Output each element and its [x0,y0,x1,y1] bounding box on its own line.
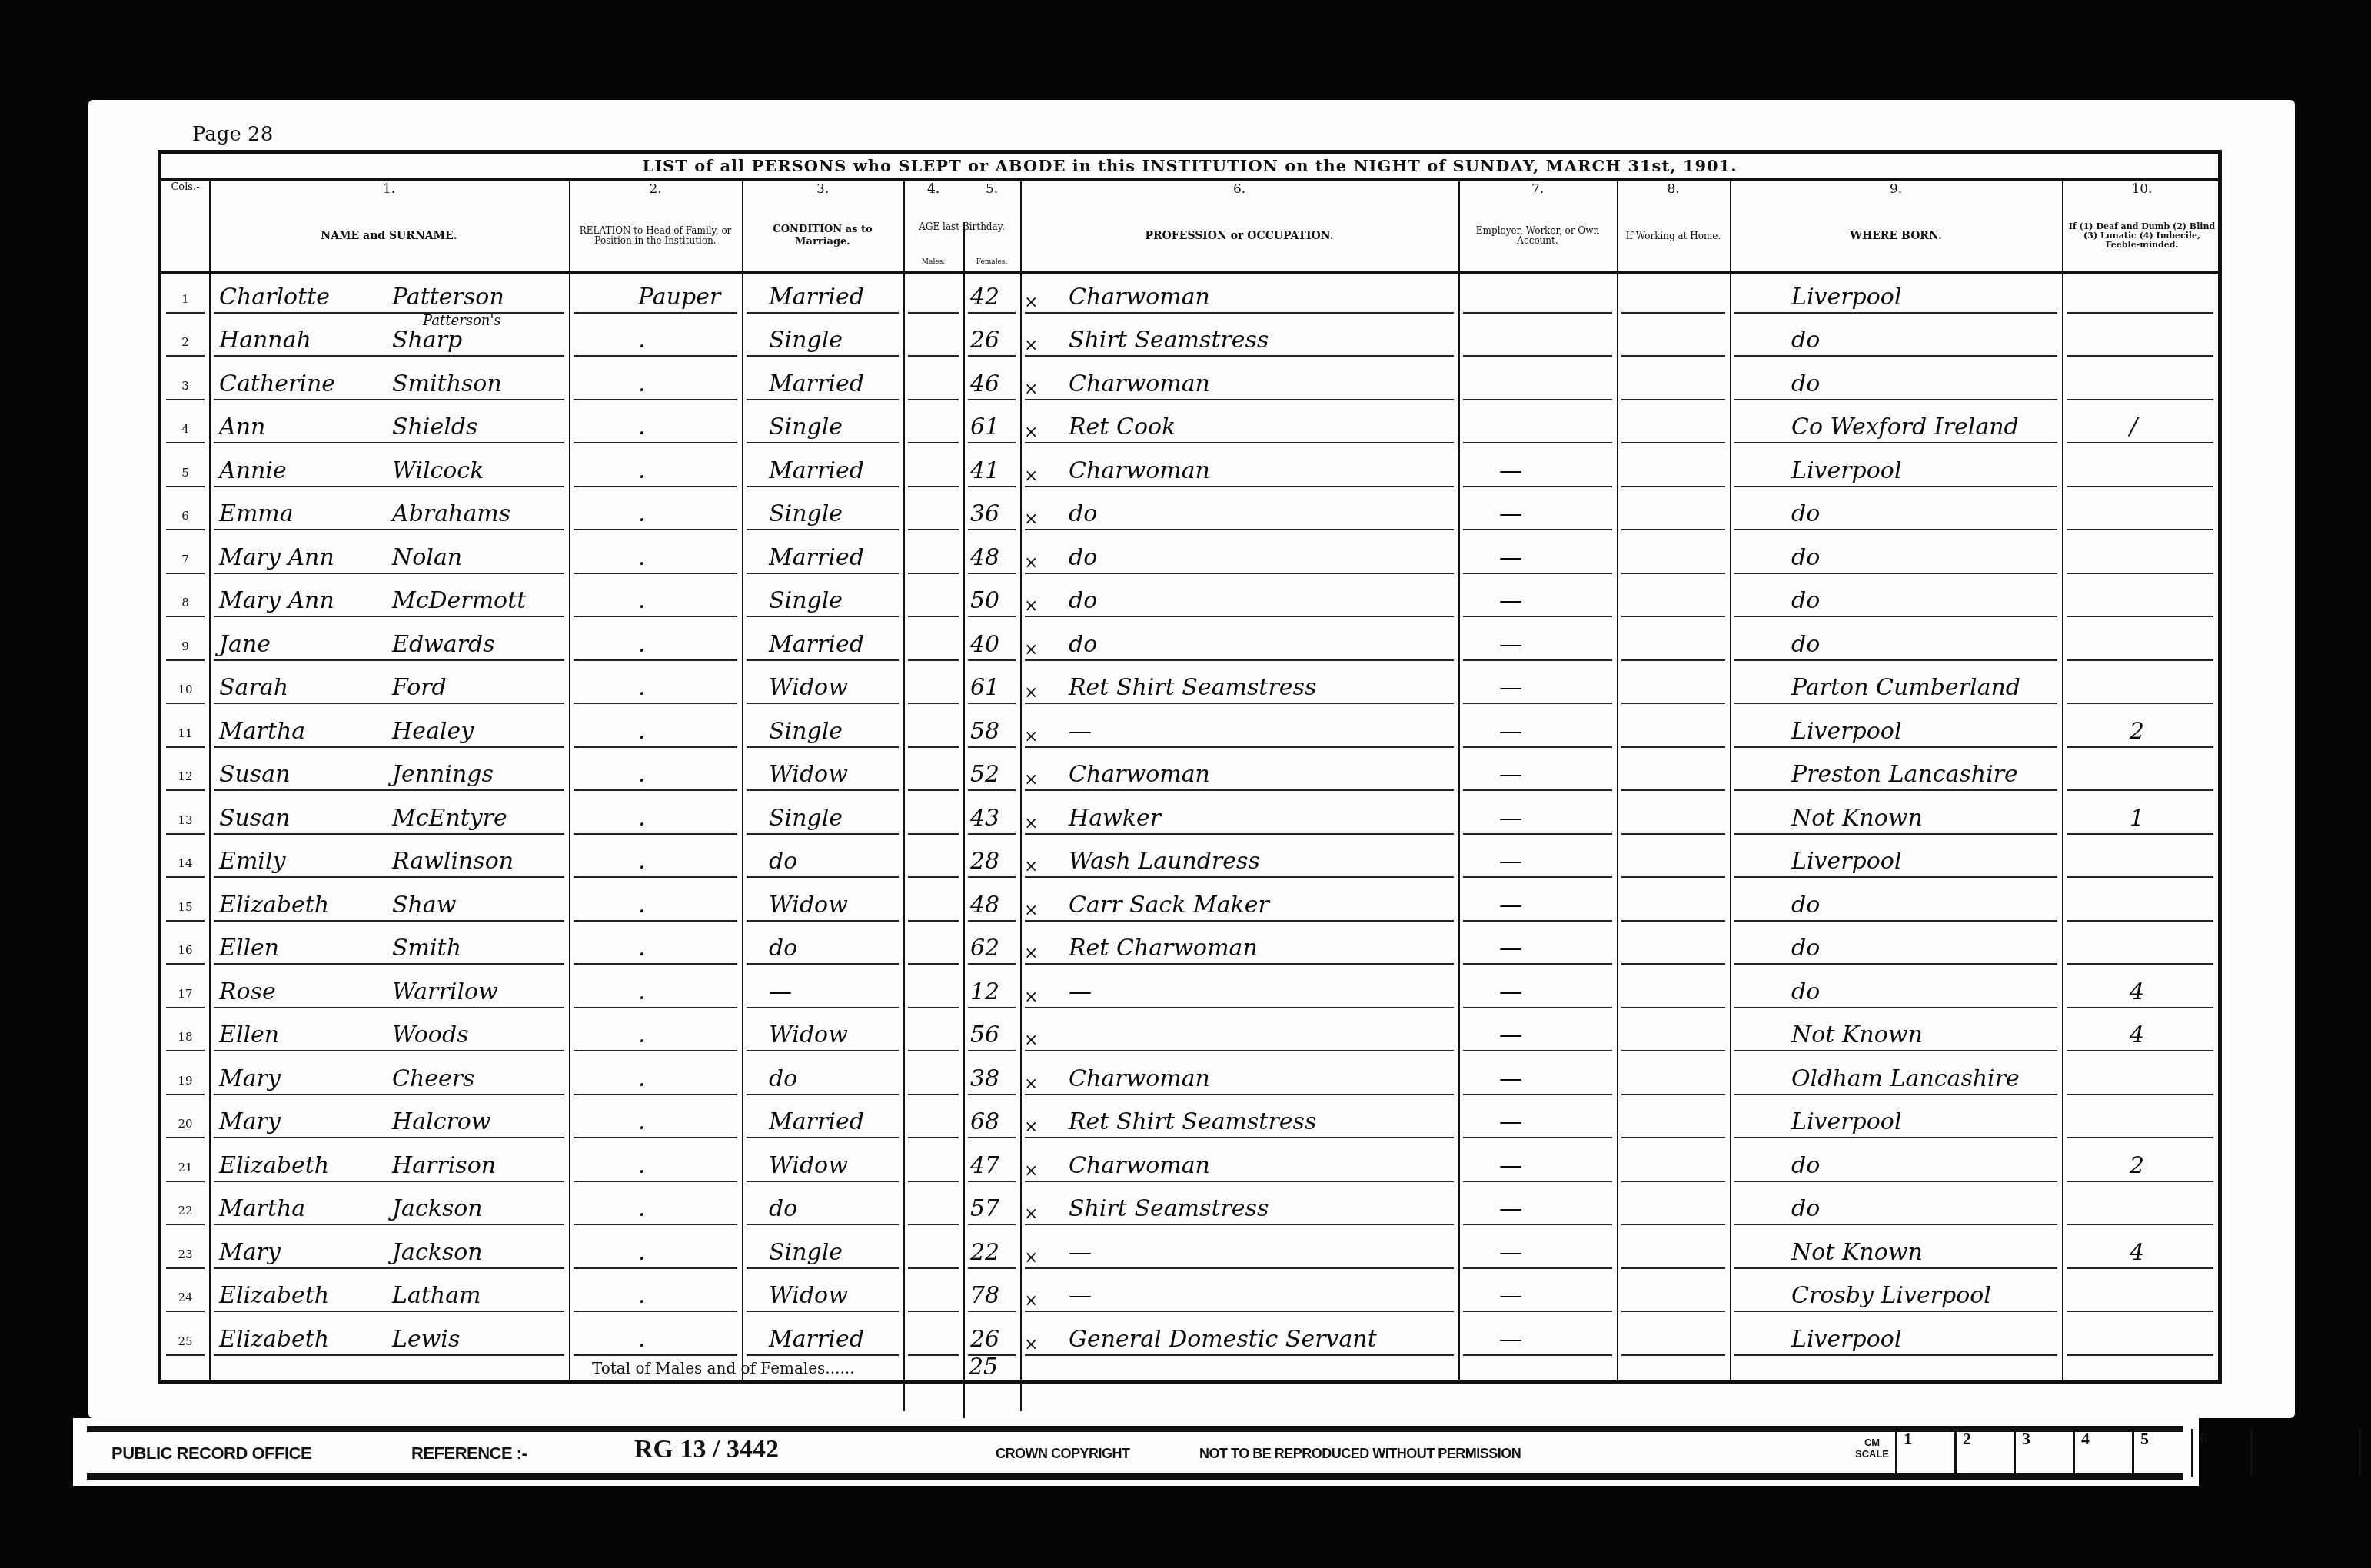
name-first: Hannah [219,327,311,354]
relation: . [638,587,646,614]
relation: . [638,544,646,571]
name-first: Elizabeth [219,1282,329,1309]
age-female: 26 [970,327,999,354]
occupation: Hawker [1069,805,1161,832]
name-surname: Cheers [392,1065,475,1092]
header-condition: CONDITION as to Marriage. [750,201,896,271]
name-surname: Edwards [392,631,495,658]
name-surname: Ford [392,674,447,701]
row-number: 11 [161,726,209,740]
header-employer: Employer, Worker, or Own Account. [1466,201,1609,271]
row-number: 15 [161,900,209,914]
infirmity: 4 [2130,1022,2144,1048]
relation: . [638,1195,646,1222]
relation: . [638,761,646,788]
table-row: 9JaneEdwards.Married40do—do× [161,620,2218,664]
age-female: 61 [970,414,999,440]
name-surname: Woods [392,1022,469,1048]
employer-status: — [1499,805,1522,832]
table-row: 3CatherineSmithson.Married46Charwomando× [161,360,2218,404]
table-row: 24ElizabethLatham.Widow78——Crosby Liverp… [161,1272,2218,1316]
condition: Widow [769,674,848,701]
employer-status: — [1499,1326,1522,1353]
row-number: 23 [161,1247,209,1261]
age-female: 26 [970,1326,999,1353]
occupation: — [1069,978,1092,1005]
occupation: Charwoman [1069,1152,1210,1179]
tick-mark: × [1024,1291,1038,1311]
occupation: — [1069,718,1092,745]
row-number: 3 [161,379,209,393]
name-first: Emily [219,848,285,875]
name-first: Jane [219,631,271,658]
header-working-home: If Working at Home. [1624,201,1722,271]
age-female: 38 [970,1065,999,1092]
table-row: 18EllenWoods.Widow56—Not Known4× [161,1012,2218,1055]
condition: Single [769,805,843,832]
name-surname: Wilcock [392,457,484,484]
name-first: Emma [219,500,294,527]
tick-mark: × [1024,727,1038,746]
name-first: Ellen [219,935,279,962]
table-row: 20MaryHalcrow.Married68Ret Shirt Seamstr… [161,1098,2218,1142]
tick-mark: × [1024,1204,1038,1224]
name-surname: Jackson [392,1239,483,1266]
table-row: 14EmilyRawlinson.do28Wash Laundress—Live… [161,838,2218,882]
condition: Married [769,544,864,571]
row-number: 22 [161,1204,209,1218]
row-number: 14 [161,856,209,870]
copyright-label: CROWN COPYRIGHT [996,1446,1130,1462]
table-row: 21ElizabethHarrison.Widow47Charwoman—do2… [161,1141,2218,1185]
where-born: do [1791,500,1820,527]
name-first: Mary Ann [219,544,334,571]
form-title: LIST of all PERSONS who SLEPT or ABODE i… [161,154,2218,181]
condition: Single [769,587,843,614]
where-born: Co Wexford Ireland [1791,414,2019,440]
where-born: do [1791,978,1820,1005]
table-row: 15ElizabethShaw.Widow48Carr Sack Maker—d… [161,881,2218,925]
occupation: Charwoman [1069,1065,1210,1092]
where-born: Not Known [1791,805,1923,832]
occupation: do [1069,631,1097,658]
table-row: 12SusanJennings.Widow52Charwoman—Preston… [161,751,2218,795]
header-where-born: WHERE BORN. [1730,201,2062,271]
cm-scale: CMSCALE 1 2 3 4 5 6 [1849,1429,2361,1477]
employer-status: — [1499,718,1522,745]
row-number: 18 [161,1030,209,1044]
infirmity: 2 [2130,1152,2144,1179]
occupation: Charwoman [1069,457,1210,484]
name-surname: Shields [392,414,477,440]
condition: Married [769,1326,864,1353]
header-occupation: PROFESSION or OCCUPATION. [1020,201,1458,271]
reproduction-notice: NOT TO BE REPRODUCED WITHOUT PERMISSION [1199,1446,1521,1462]
name-surname: McDermott [392,587,526,614]
where-born: do [1791,327,1820,354]
table-row: 17RoseWarrilow.—12——do4× [161,968,2218,1012]
occupation: Carr Sack Maker [1069,892,1269,919]
table-row: 1CharlottePattersonPauperMarried42Charwo… [161,273,2218,317]
name-surname: McEntyre [392,805,507,832]
employer-status: — [1499,848,1522,875]
row-number: 24 [161,1291,209,1304]
name-surname: Sharp [392,327,462,354]
where-born: Liverpool [1791,718,1901,745]
occupation: Shirt Seamstress [1069,327,1269,354]
tick-mark: × [1024,1031,1038,1050]
occupation: Ret Cook [1069,414,1176,440]
column-numbers: Cols.- 1. 2. 3. 4. 5. 6. 7. 8. 9. 10. [161,181,2218,201]
relation: . [638,370,646,397]
relation: . [638,457,646,484]
tick-mark: × [1024,770,1038,789]
condition: Widow [769,1152,848,1179]
employer-status: — [1499,935,1522,962]
row-number: 2 [161,335,209,349]
header-name: NAME and SURNAME. [209,201,569,271]
tick-mark: × [1024,336,1038,355]
name-first: Susan [219,761,290,788]
employer-status: — [1499,1239,1522,1266]
relation: . [638,1239,646,1266]
condition: Widow [769,1282,848,1309]
age-female: 47 [970,1152,999,1179]
name-first: Martha [219,718,305,745]
employer-status: — [1499,631,1522,658]
occupation: Wash Laundress [1069,848,1260,875]
row-number: 17 [161,987,209,1001]
age-female: 56 [970,1022,999,1048]
infirmity: 4 [2130,978,2144,1005]
employer-status: — [1499,1152,1522,1179]
table-row: 5AnnieWilcock.Married41Charwoman—Liverpo… [161,447,2218,490]
tick-mark: × [1024,467,1038,486]
header-infirmity: If (1) Deaf and Dumb (2) Blind (3) Lunat… [2068,201,2216,271]
tick-mark: × [1024,814,1038,833]
relation: . [638,631,646,658]
relation: . [638,1108,646,1135]
table-row: 23MaryJackson.Single22——Not Known4× [161,1228,2218,1272]
where-born: Preston Lancashire [1791,761,2018,788]
tick-mark: × [1024,423,1038,442]
row-number: 9 [161,639,209,653]
name-surname: Abrahams [392,500,510,527]
table-row: 19MaryCheers.do38Charwoman—Oldham Lancas… [161,1055,2218,1098]
table-row: 4AnnShields.Single61Ret CookCo Wexford I… [161,404,2218,447]
relation: . [638,1065,646,1092]
where-born: Not Known [1791,1022,1923,1048]
row-number: 8 [161,596,209,610]
age-female: 40 [970,631,999,658]
condition: Married [769,370,864,397]
age-female: 57 [970,1195,999,1222]
header-age-males: Males. [903,255,963,269]
where-born: do [1791,587,1820,614]
relation: . [638,500,646,527]
name-first: Mary Ann [219,587,334,614]
name-surname: Jennings [392,761,494,788]
where-born: do [1791,1195,1820,1222]
row-number: 6 [161,509,209,523]
office-label: PUBLIC RECORD OFFICE [111,1443,311,1463]
age-female: 36 [970,500,999,527]
relation: . [638,327,646,354]
where-born: do [1791,370,1820,397]
table-row: 7Mary AnnNolan.Married48do—do× [161,533,2218,577]
relation: . [638,414,646,440]
reference-label: REFERENCE :- [411,1443,527,1463]
employer-status: — [1499,674,1522,701]
employer-status: — [1499,544,1522,571]
where-born: Liverpool [1791,848,1901,875]
where-born: Liverpool [1791,457,1901,484]
name-surname: Harrison [392,1152,496,1179]
age-female: 28 [970,848,999,875]
relation: . [638,1152,646,1179]
employer-status: — [1499,761,1522,788]
totals-row: Total of Males and of Females...... 25 [161,1354,2218,1384]
condition: Single [769,327,843,354]
employer-status: — [1499,1065,1522,1092]
column-headers: NAME and SURNAME. RELATION to Head of Fa… [161,201,2218,274]
infirmity: 2 [2130,718,2144,745]
tick-mark: × [1024,380,1038,399]
condition: do [769,935,797,962]
row-number: 5 [161,466,209,480]
name-surname: Jackson [392,1195,483,1222]
row-number: 21 [161,1161,209,1174]
condition: Married [769,457,864,484]
table-row: 6EmmaAbrahams.Single36do—do× [161,490,2218,534]
tick-mark: × [1024,1335,1038,1354]
row-number: 13 [161,813,209,827]
surname-annotation: Patterson's [423,313,501,329]
name-first: Elizabeth [219,1152,329,1179]
employer-status: — [1499,1282,1522,1309]
employer-status: — [1499,1022,1522,1048]
infirmity: 4 [2130,1239,2144,1266]
table-row: 16EllenSmith.do62Ret Charwoman—do× [161,925,2218,968]
tick-mark: × [1024,1161,1038,1181]
name-surname: Shaw [392,892,456,919]
condition: — [769,978,792,1005]
relation: . [638,935,646,962]
name-first: Ann [219,414,265,440]
table-row: 10SarahFord.Widow61Ret Shirt Seamstress—… [161,664,2218,708]
employer-status: — [1499,892,1522,919]
occupation: do [1069,587,1097,614]
row-number: 4 [161,422,209,436]
where-born: do [1791,631,1820,658]
tick-mark: × [1024,1248,1038,1267]
row-number: 10 [161,683,209,696]
occupation: Charwoman [1069,284,1210,311]
relation: . [638,718,646,745]
header-age: AGE last Birthday. [903,201,1020,252]
totals-label: Total of Males and of Females...... [592,1359,855,1377]
name-surname: Nolan [392,544,462,571]
occupation: Shirt Seamstress [1069,1195,1269,1222]
name-surname: Latham [392,1282,481,1309]
name-surname: Healey [392,718,474,745]
condition: Married [769,1108,864,1135]
row-number: 25 [161,1334,209,1348]
tick-mark: × [1024,596,1038,616]
condition: Single [769,718,843,745]
tick-mark: × [1024,901,1038,920]
relation: . [638,805,646,832]
totals-females: 25 [969,1354,998,1380]
condition: Single [769,500,843,527]
condition: do [769,1065,797,1092]
tick-mark: × [1024,293,1038,312]
condition: Married [769,284,864,311]
tick-mark: × [1024,1075,1038,1094]
name-first: Charlotte [219,284,330,311]
occupation: General Domestic Servant [1069,1326,1377,1353]
infirmity: / [2130,414,2137,440]
employer-status: — [1499,1108,1522,1135]
row-number: 19 [161,1074,209,1088]
occupation: Ret Shirt Seamstress [1069,674,1316,701]
tick-mark: × [1024,510,1038,529]
age-female: 78 [970,1282,999,1309]
where-born: Parton Cumberland [1791,674,2020,701]
name-first: Susan [219,805,290,832]
row-number: 12 [161,769,209,783]
occupation: do [1069,544,1097,571]
tick-mark: × [1024,683,1038,703]
infirmity: 1 [2130,805,2144,832]
table-row: 25ElizabethLewis.Married26General Domest… [161,1315,2218,1359]
age-female: 52 [970,761,999,788]
record-office-footer: PUBLIC RECORD OFFICE REFERENCE :- RG 13 … [73,1418,2199,1486]
name-first: Elizabeth [219,892,329,919]
age-female: 48 [970,544,999,571]
name-first: Elizabeth [219,1326,329,1353]
relation: . [638,1326,646,1353]
age-female: 48 [970,892,999,919]
occupation: Ret Charwoman [1069,935,1258,962]
occupation: Charwoman [1069,761,1210,788]
where-born: Liverpool [1791,1326,1901,1353]
relation: . [638,848,646,875]
name-surname: Rawlinson [392,848,514,875]
header-age-females: Females. [963,255,1020,269]
table-row: 8Mary AnnMcDermott.Single50do—do× [161,577,2218,621]
age-female: 43 [970,805,999,832]
where-born: do [1791,544,1820,571]
name-surname: Smith [392,935,461,962]
where-born: do [1791,935,1820,962]
condition: Widow [769,892,848,919]
age-female: 62 [970,935,999,962]
condition: do [769,848,797,875]
name-surname: Smithson [392,370,502,397]
name-surname: Lewis [392,1326,460,1353]
occupation: do [1069,500,1097,527]
name-surname: Patterson [392,284,504,311]
row-number: 16 [161,943,209,957]
where-born: Crosby Liverpool [1791,1282,1991,1309]
condition: do [769,1195,797,1222]
row-number: 7 [161,553,209,566]
tick-mark: × [1024,553,1038,573]
relation: . [638,1282,646,1309]
age-female: 41 [970,457,999,484]
occupation: — [1069,1282,1092,1309]
employer-status: — [1499,457,1522,484]
occupation: — [1069,1239,1092,1266]
census-table: LIST of all PERSONS who SLEPT or ABODE i… [158,150,2222,1384]
occupation: Charwoman [1069,370,1210,397]
reference-number: RG 13 / 3442 [634,1435,779,1464]
name-surname: Warrilow [392,978,498,1005]
row-number: 1 [161,292,209,306]
occupation: Ret Shirt Seamstress [1069,1108,1316,1135]
age-female: 12 [970,978,999,1005]
where-born: Oldham Lancashire [1791,1065,2020,1092]
name-first: Mary [219,1065,281,1092]
where-born: do [1791,1152,1820,1179]
relation: Pauper [638,284,720,311]
name-first: Ellen [219,1022,279,1048]
name-surname: Halcrow [392,1108,491,1135]
table-row: 11MarthaHealey.Single58——Liverpool2× [161,707,2218,751]
tick-mark: × [1024,1118,1038,1137]
where-born: do [1791,892,1820,919]
relation: . [638,1022,646,1048]
name-first: Sarah [219,674,288,701]
table-row: 13SusanMcEntyre.Single43Hawker—Not Known… [161,794,2218,838]
tick-mark: × [1024,857,1038,876]
relation: . [638,978,646,1005]
age-female: 42 [970,284,999,311]
age-female: 68 [970,1108,999,1135]
where-born: Not Known [1791,1239,1923,1266]
age-female: 61 [970,674,999,701]
where-born: Liverpool [1791,1108,1901,1135]
table-row: 22MarthaJackson.do57Shirt Seamstress—do× [161,1185,2218,1229]
name-first: Mary [219,1108,281,1135]
page-number: Page 28 [192,123,273,146]
where-born: Liverpool [1791,284,1901,311]
employer-status: — [1499,500,1522,527]
name-first: Mary [219,1239,281,1266]
condition: Single [769,414,843,440]
name-first: Martha [219,1195,305,1222]
employer-status: — [1499,587,1522,614]
row-number: 20 [161,1117,209,1131]
age-female: 22 [970,1239,999,1266]
employer-status: — [1499,978,1522,1005]
name-first: Rose [219,978,276,1005]
condition: Widow [769,761,848,788]
name-first: Catherine [219,370,335,397]
employer-status: — [1499,1195,1522,1222]
condition: Single [769,1239,843,1266]
relation: . [638,892,646,919]
age-female: 58 [970,718,999,745]
tick-mark: × [1024,988,1038,1007]
condition: Married [769,631,864,658]
name-first: Annie [219,457,287,484]
tick-mark: × [1024,640,1038,659]
relation: . [638,674,646,701]
age-female: 46 [970,370,999,397]
header-relation: RELATION to Head of Family, or Position … [577,201,734,271]
